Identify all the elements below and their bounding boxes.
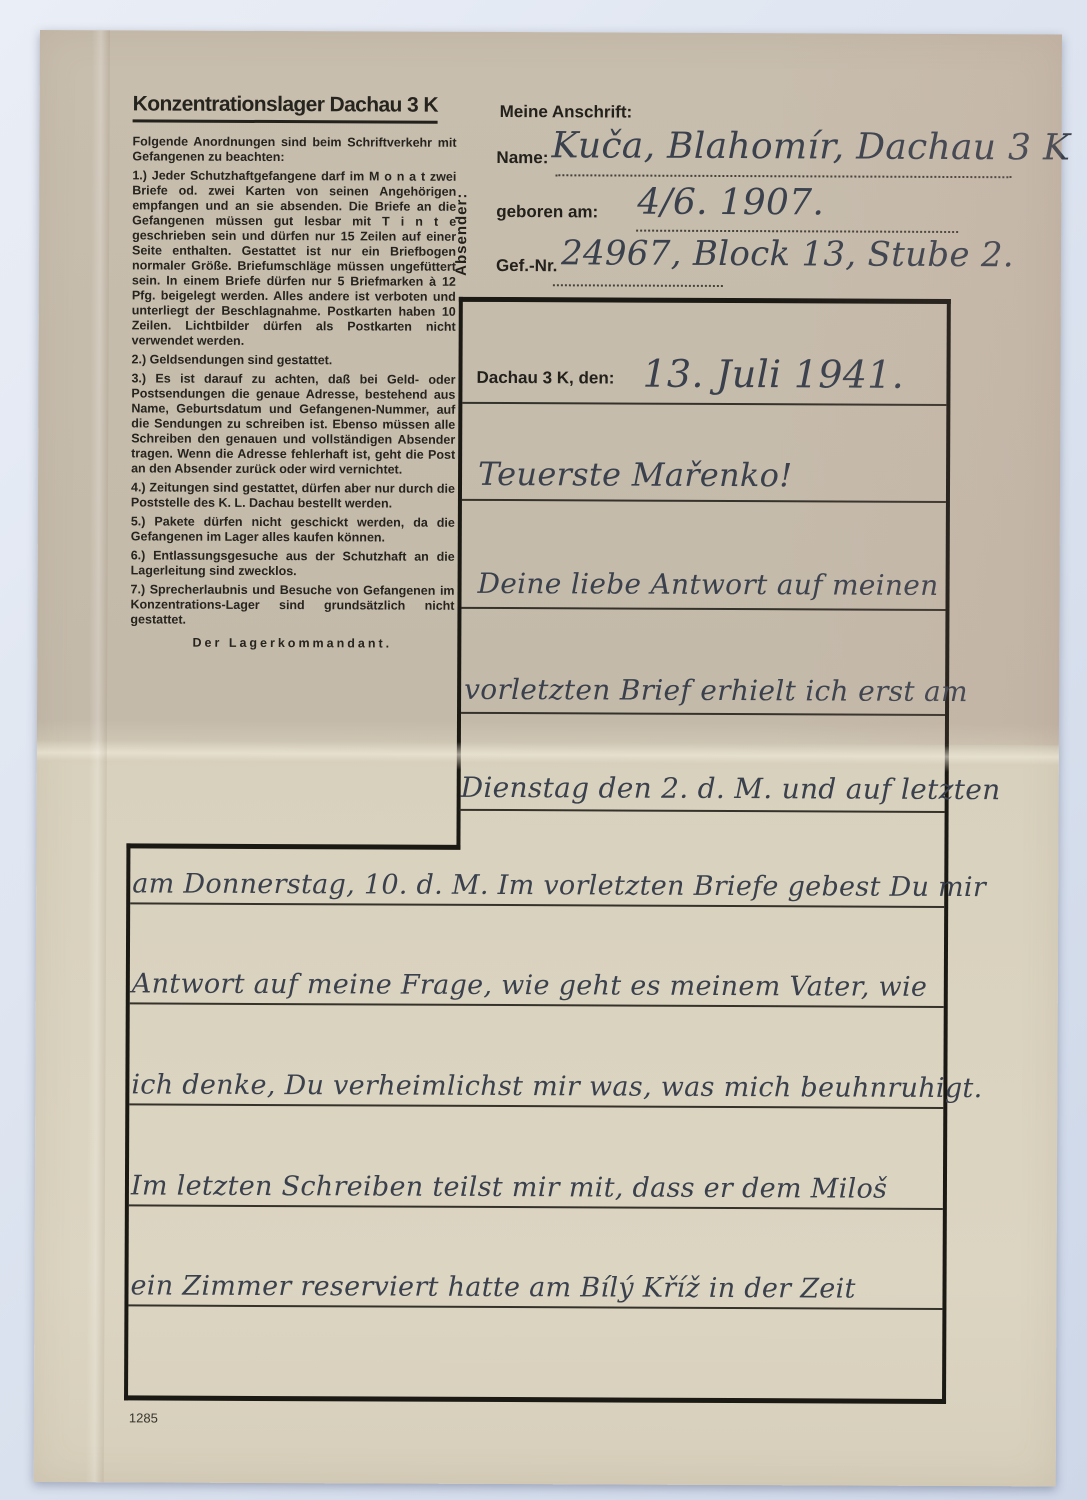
born-label: geboren am: (496, 202, 598, 222)
writing-line (461, 712, 945, 716)
writing-line (128, 1304, 942, 1310)
rule-number: 3.) (131, 371, 146, 385)
upper-box-top-border (459, 297, 951, 304)
lower-box-top-border (126, 843, 460, 849)
letter-line: am Donnerstag, 10. d. M. Im vorletzten B… (132, 870, 986, 901)
writing-line (461, 607, 945, 611)
letter-line: Deine liebe Antwort auf meinen (478, 570, 939, 600)
writing-line (462, 499, 946, 503)
writing-line (460, 809, 945, 813)
name-handwritten-value: Kuča, Blahomír, Dachau 3 K (551, 128, 1070, 166)
rule-item-5: 5.) Pakete dürfen nicht geschickt werden… (131, 514, 455, 545)
horizontal-fold-crease (37, 740, 1059, 772)
prisoner-number-handwritten-value: 24967, Block 13, Stube 2. (561, 236, 1014, 272)
name-label: Name: (496, 148, 548, 168)
writing-line (129, 1204, 943, 1210)
commandant-signature: Der Lagerkommandant. (130, 635, 454, 651)
rule-text: Zeitungen sind gestattet, dürfen aber nu… (131, 480, 455, 510)
prisoner-dotted-line (553, 284, 723, 287)
vertical-fold-crease (86, 30, 110, 1482)
letter-line: ein Zimmer reserviert hatte am Bílý Kříž… (130, 1272, 855, 1302)
my-address-heading: Meine Anschrift: (500, 102, 633, 123)
rule-number: 7.) (131, 582, 146, 596)
rule-text: Geldsendungen sind gestattet. (150, 352, 333, 367)
rule-item-3: 3.) Es ist darauf zu achten, daß bei Gel… (131, 371, 455, 477)
rule-number: 1.) (132, 168, 147, 182)
writing-line (130, 1002, 944, 1008)
born-dotted-line (636, 230, 958, 233)
rule-item-7: 7.) Sprecherlaubnis und Besuche von Gefa… (130, 582, 454, 628)
absender-vertical-label: Absender: (453, 158, 471, 276)
rule-item-1: 1.) Jeder Schutzhaftgefangene darf im M … (132, 168, 457, 349)
rule-text: Entlassungsgesuche aus der Schutzhaft an… (131, 548, 455, 578)
lower-box-left-border (124, 843, 130, 1400)
name-dotted-line (555, 174, 1011, 178)
letter-box-right-border (942, 299, 951, 1404)
writing-line (129, 1103, 943, 1109)
letter-form-sheet: Konzentrationslager Dachau 3 K Folgende … (34, 30, 1062, 1486)
camp-rules-column: Konzentrationslager Dachau 3 K Folgende … (130, 92, 456, 655)
writing-line (130, 902, 944, 908)
writing-line (462, 402, 946, 406)
rules-intro: Folgende Anordnungen sind beim Schriftve… (132, 134, 456, 165)
letter-line: Im letzten Schreiben teilst mir mit, das… (131, 1172, 887, 1202)
letter-line: vorletzten Brief erhielt ich erst am (464, 676, 968, 706)
rule-text: Pakete dürfen nicht geschickt werden, da… (131, 515, 455, 545)
form-number: 1285 (129, 1410, 158, 1425)
rule-item-6: 6.) Entlassungsgesuche aus der Schutzhaf… (131, 548, 455, 579)
upper-box-left-border (456, 297, 462, 849)
photo-background: Konzentrationslager Dachau 3 K Folgende … (0, 0, 1087, 1500)
letter-line: Antwort auf meine Frage, wie geht es mei… (132, 970, 928, 1000)
born-handwritten-value: 4/6. 1907. (637, 185, 824, 222)
letter-line: Dienstag den 2. d. M. und auf letzten (461, 774, 1001, 804)
rule-text: Jeder Schutzhaftgefangene darf im M o n … (132, 168, 457, 347)
prisoner-number-label: Gef.-Nr. (496, 256, 557, 276)
rule-number: 6.) (131, 548, 146, 562)
rule-number: 4.) (131, 480, 146, 494)
lower-box-bottom-border (124, 1395, 946, 1404)
rule-item-2: 2.) Geldsendungen sind gestattet. (132, 352, 456, 368)
place-date-label: Dachau 3 K, den: (476, 368, 614, 389)
letter-line: ich denke, Du verheimlichst mir was, was… (131, 1071, 982, 1102)
rule-number: 5.) (131, 514, 146, 528)
rule-text: Es ist darauf zu achten, daß bei Geld- o… (131, 372, 455, 477)
rule-number: 2.) (132, 352, 147, 366)
rule-item-4: 4.) Zeitungen sind gestattet, dürfen abe… (131, 480, 455, 511)
date-handwritten-value: 13. Juli 1941. (642, 355, 904, 394)
letter-line-salutation: Teuerste Mařenko! (478, 458, 792, 491)
camp-title: Konzentrationslager Dachau 3 K (133, 92, 438, 123)
rule-text: Sprecherlaubnis und Besuche von Gefangen… (130, 582, 454, 626)
